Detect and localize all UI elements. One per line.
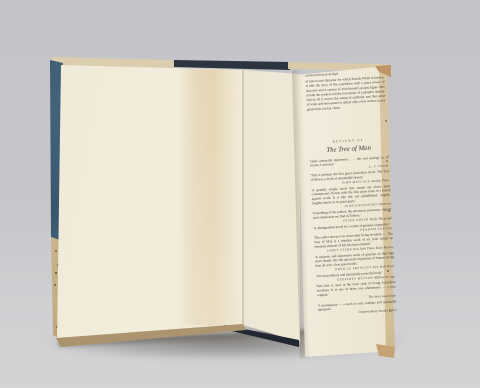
gutter-shadow: [242, 70, 245, 326]
photo-open-book: continued from front flap] of nation and…: [0, 0, 480, 388]
review-item: 'Sets him at once in the front rank of l…: [316, 281, 396, 302]
page-tanning-fade: [178, 69, 242, 327]
review-item: 'A majestic and impressive work of genui…: [315, 251, 395, 272]
review-item: 'Something of the pathos, the enormous p…: [312, 208, 392, 225]
review-item: 'Quite unusually impressive . . . the re…: [310, 155, 390, 171]
flap-intro-paragraph: of nation and character for which Patric…: [305, 75, 386, 112]
review-item: 'A grandly simple novel that stands out …: [311, 184, 391, 209]
reviews-heading-title: The Tree of Man: [309, 142, 388, 154]
review-item: 'A masterpiece — a work at once realisti…: [317, 300, 397, 317]
reviews-list: 'Quite unusually impressive . . . the re…: [310, 155, 397, 316]
review-item: 'The author moves over most other living…: [314, 232, 394, 253]
review-item: 'This is perhaps the first great Austral…: [310, 170, 390, 187]
spine-wear-speckles: [55, 250, 57, 252]
flap-printed-text: continued from front flap] of nation and…: [305, 70, 397, 319]
